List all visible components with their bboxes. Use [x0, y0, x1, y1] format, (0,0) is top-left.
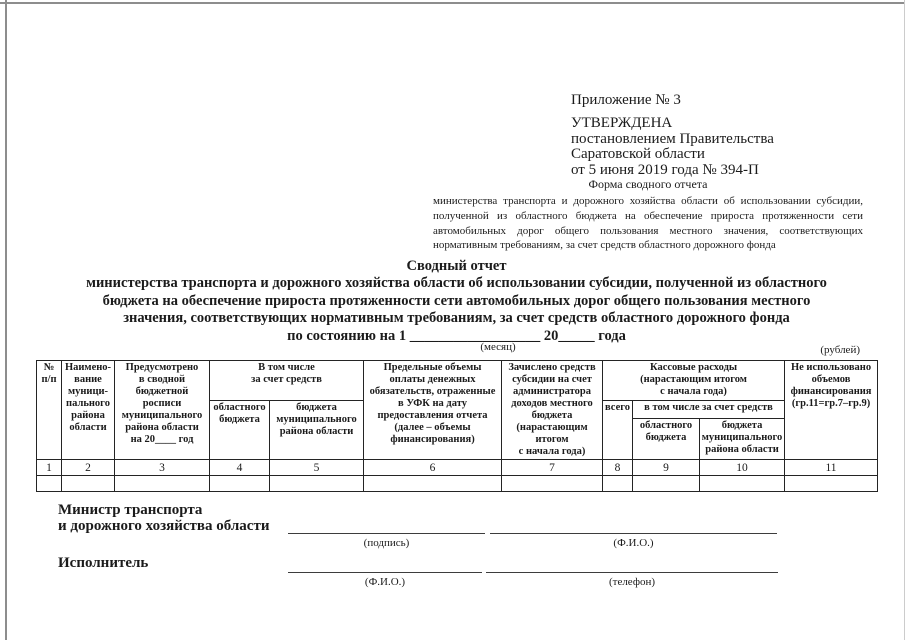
executor-label: Исполнитель: [58, 555, 148, 572]
column-number: 9: [633, 460, 700, 476]
column-header-regional-budget: областного бюджета: [210, 401, 270, 460]
empty-data-cell: [502, 476, 603, 492]
column-header-cash-municipal-budget: бюджета муниципального района области: [700, 419, 785, 460]
column-number: 3: [115, 460, 210, 476]
fio-note: (Ф.И.О.): [490, 537, 777, 549]
column-number: 6: [364, 460, 502, 476]
empty-data-cell: [62, 476, 115, 492]
phone-note: (телефон): [486, 576, 778, 588]
empty-data-cell: [700, 476, 785, 492]
currency-note: (рублей): [36, 344, 860, 356]
column-number: 4: [210, 460, 270, 476]
column-header-subsidy-credited: Зачислено средств субсидии на счет админ…: [502, 361, 603, 460]
signature-line: [288, 572, 482, 573]
form-note-body: министерства транспорта и дорожного хозя…: [433, 194, 863, 253]
column-header-total: всего: [603, 401, 633, 460]
approval-block: УТВЕРЖДЕНА постановлением Правительства …: [571, 116, 774, 178]
signature-line: [288, 533, 485, 534]
column-header-municipal-budget: бюджета муниципального района области: [270, 401, 364, 460]
signature-line: [490, 533, 777, 534]
column-header-cash-regional-budget: областного бюджета: [633, 419, 700, 460]
empty-data-cell: [270, 476, 364, 492]
empty-data-cell: [785, 476, 878, 492]
form-note-title: Форма сводного отчета: [433, 177, 863, 192]
column-number: 11: [785, 460, 878, 476]
empty-data-row: [37, 476, 878, 492]
empty-data-cell: [603, 476, 633, 492]
signature-line: [486, 572, 778, 573]
approval-line: постановлением Правительства: [571, 132, 774, 148]
empty-data-cell: [115, 476, 210, 492]
column-header-payment-limits: Предельные объемы оплаты денежных обязат…: [364, 361, 502, 460]
empty-data-cell: [210, 476, 270, 492]
report-title: Сводный отчет министерства транспорта и …: [36, 258, 877, 345]
scan-border-top: [0, 2, 905, 4]
empty-data-cell: [633, 476, 700, 492]
report-title-line: министерства транспорта и дорожного хозя…: [36, 275, 877, 292]
column-header-budget-plan: Предусмотрено в сводной бюджетной роспис…: [115, 361, 210, 460]
column-header-unused-funds: Не использовано объемов финансирования (…: [785, 361, 878, 460]
column-header-municipality: Наимено- вание муници- пального района о…: [62, 361, 115, 460]
scan-border-left: [5, 0, 7, 640]
column-number: 7: [502, 460, 603, 476]
report-table: № п/п Наимено- вание муници- пального ра…: [36, 360, 878, 492]
fio-note: (Ф.И.О.): [288, 576, 482, 588]
empty-data-cell: [37, 476, 62, 492]
signature-note: (подпись): [288, 537, 485, 549]
form-note-block: Форма сводного отчета министерства транс…: [433, 177, 863, 253]
empty-data-cell: [364, 476, 502, 492]
approval-line: УТВЕРЖДЕНА: [571, 116, 774, 132]
column-number: 5: [270, 460, 364, 476]
approval-line: Саратовской области: [571, 147, 774, 163]
appendix-label: Приложение № 3: [571, 92, 681, 109]
minister-title-line: Министр транспорта: [58, 502, 202, 519]
group-header-cash-including-funds: в том числе за счет средств: [633, 401, 785, 419]
group-header-cash-expenses: Кассовые расходы (нарастающим итогом с н…: [603, 361, 785, 401]
column-header-number: № п/п: [37, 361, 62, 460]
column-number: 10: [700, 460, 785, 476]
column-number: 1: [37, 460, 62, 476]
report-title-line: значения, соответствующих нормативным тр…: [36, 310, 877, 327]
minister-title-line: и дорожного хозяйства области: [58, 518, 269, 535]
column-number: 8: [603, 460, 633, 476]
column-number: 2: [62, 460, 115, 476]
column-number-row: 1 2 3 4 5 6 7 8 9 10 11: [37, 460, 878, 476]
report-title-line: бюджета на обеспечение прироста протяжен…: [36, 293, 877, 310]
group-header-including-funds: В том числе за счет средств: [210, 361, 364, 401]
report-title-line: Сводный отчет: [36, 258, 877, 275]
